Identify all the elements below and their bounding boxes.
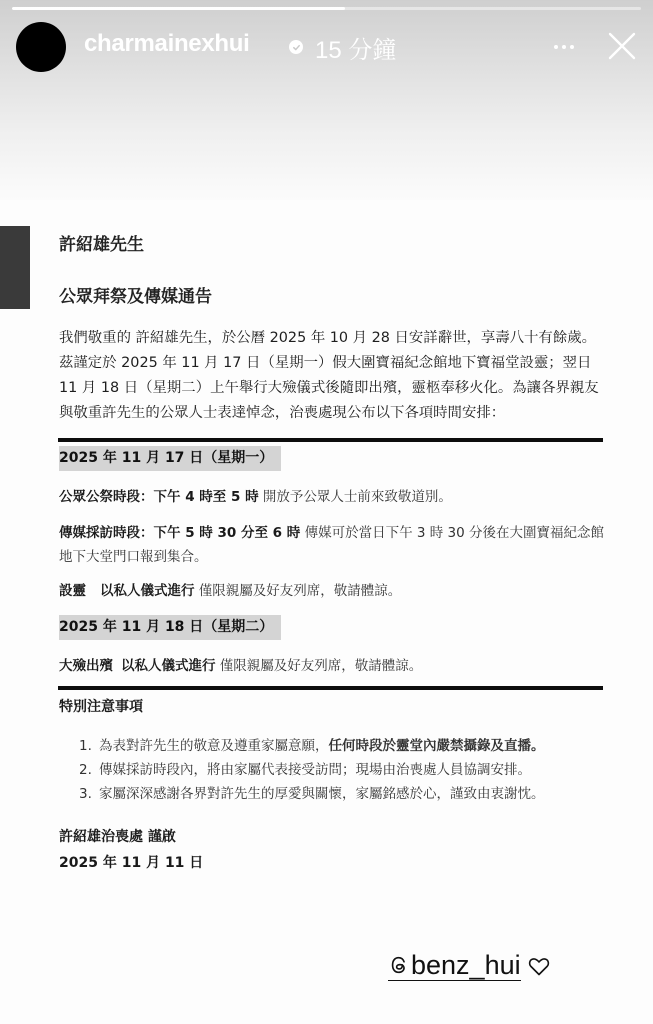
date-heading-day1: 2025 年 11 月 17 日（星期一） — [59, 446, 281, 471]
schedule-item: 傳媒採訪時段：下午 5 時 30 分至 6 時 傳媒可於當日下午 3 時 30 … — [59, 521, 604, 569]
notice-document: 許紹雄先生 公眾拜祭及傳媒通告 我們敬重的 許紹雄先生，於公曆 2025 年 1… — [59, 230, 604, 876]
more-horizontal-icon — [554, 45, 558, 49]
verified-badge-icon — [289, 40, 303, 54]
avatar[interactable] — [16, 22, 66, 72]
divider — [58, 686, 603, 690]
side-tab-marker — [0, 226, 30, 309]
threads-icon — [388, 954, 410, 976]
mention-sticker[interactable]: benz_hui — [388, 950, 551, 981]
date-heading-day2: 2025 年 11 月 18 日（星期二） — [59, 615, 281, 640]
mention-link[interactable]: benz_hui — [388, 950, 521, 981]
signoff: 許紹雄治喪處 謹啟 — [59, 824, 604, 850]
notes-title: 特別注意事項 — [59, 696, 604, 716]
schedule-item: 設靈以私人儀式進行 僅限親屬及好友列席，敬請體諒。 — [59, 579, 604, 603]
schedule-item: 公眾公祭時段：下午 4 時至 5 時 開放予公眾人士前來致敬道別。 — [59, 485, 604, 509]
story-progress-bar — [12, 7, 641, 10]
note-item: 2. 傳媒採訪時段內，將由家屬代表接受訪問；現場由治喪處人員協調安排。 — [79, 758, 604, 782]
mention-handle: benz_hui — [411, 950, 521, 980]
username[interactable]: charmainexhui — [84, 30, 250, 58]
notice-intro: 我們敬重的 許紹雄先生，於公曆 2025 年 10 月 28 日安詳辭世，享壽八… — [59, 326, 604, 426]
story-progress-fill — [12, 7, 345, 10]
story-header: charmainexhui 15 分鐘 — [0, 18, 653, 74]
post-time: 15 分鐘 — [315, 30, 396, 65]
schedule-item: 大殮出殯以私人儀式進行 僅限親屬及好友列席，敬請體諒。 — [59, 654, 604, 678]
note-item: 3. 家屬深深感謝各界對許先生的厚愛與關懷，家屬銘感於心，謹致由衷謝忱。 — [79, 782, 604, 806]
notice-title: 公眾拜祭及傳媒通告 — [59, 282, 604, 308]
notice-name-heading: 許紹雄先生 — [59, 230, 604, 256]
close-icon[interactable] — [604, 28, 640, 64]
notes-list: 1. 為表對許先生的敬意及遵重家屬意願，任何時段於靈堂內嚴禁攝錄及直播。 2. … — [79, 734, 604, 806]
heart-outline-icon — [527, 954, 551, 978]
more-options-button[interactable] — [546, 32, 582, 62]
signoff-date: 2025 年 11 月 11 日 — [59, 850, 604, 876]
divider — [58, 438, 603, 442]
note-item: 1. 為表對許先生的敬意及遵重家屬意願，任何時段於靈堂內嚴禁攝錄及直播。 — [79, 734, 604, 758]
